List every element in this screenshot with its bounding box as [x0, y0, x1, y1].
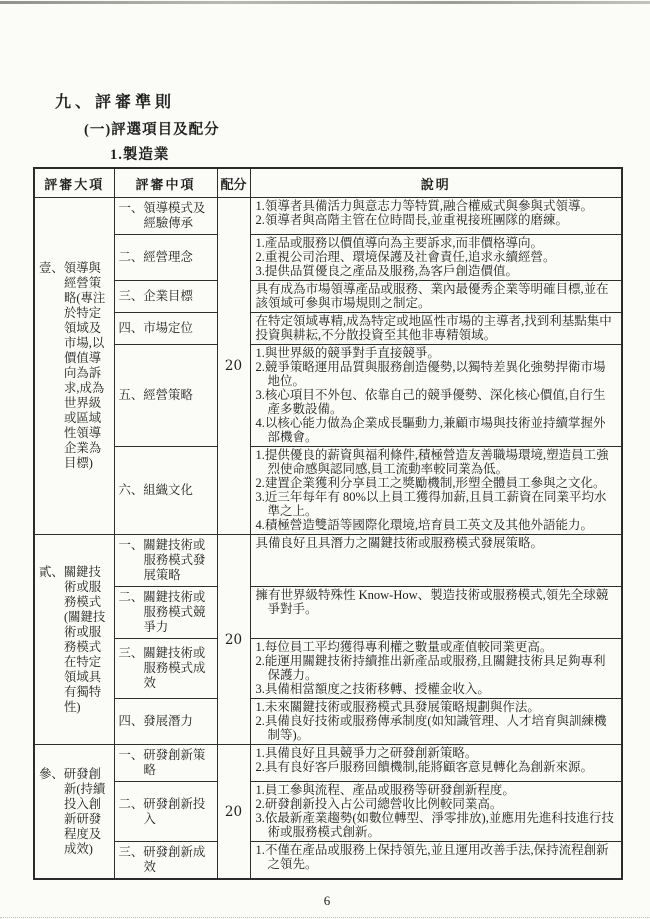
- description-line: 2.建置企業獲利分享員工之獎勵機制,形塑全體員工參與之文化。: [256, 476, 618, 490]
- table-row: 五、經營策略1.與世界級的競爭對手直接競爭。2.競爭策略運用品質與服務創造優勢,…: [34, 345, 622, 447]
- description-cell: 1.提供優良的薪資與福利條件,積極營造友善職場環境,塑造員工強烈使命感與認同感,…: [250, 447, 622, 535]
- description-line: 1.具備良好且具競爭力之研發創新策略。: [256, 746, 618, 760]
- mid-category-cell: 四、市場定位: [114, 313, 217, 345]
- score-cell: 20: [217, 745, 250, 880]
- mid-category-text: 一、領導模式及經驗傳承: [119, 201, 216, 231]
- description-line: 1.不僅在產品或服務上保持領先,並且運用改善手法,保持流程創新之領先。: [256, 843, 618, 871]
- description-line: 具備良好且具潛力之關鍵技術或服務模式發展策略。: [256, 536, 618, 550]
- column-header-major: 評審大項: [34, 168, 114, 198]
- table-row: 貳、關鍵技術或服務模式(關鍵技術或服務模式在特定領域具有獨特性)一、關鍵技術或服…: [34, 535, 622, 587]
- description-cell: 1.每位員工平均獲得專利權之數量或產值較同業更高。2.能運用關鍵技術持續推出新產…: [250, 639, 622, 699]
- description-cell: 1.具備良好且具競爭力之研發創新策略。2.具有良好客戶服務回饋機制,能將顧客意見…: [250, 745, 622, 782]
- description-cell: 具有成為市場領導產品或服務、業內最優秀企業等明確目標,並在該領域可參與市場規則之…: [250, 281, 622, 313]
- description-cell: 1.領導者具備活力與意志力等特質,融合權威式與參與式領導。2.領導者與高階主管在…: [250, 198, 622, 235]
- score-cell: 20: [217, 535, 250, 745]
- description-cell: 1.不僅在產品或服務上保持領先,並且運用改善手法,保持流程創新之領先。: [250, 842, 622, 880]
- major-category-text: 壹、領導與經營策略(專注於特定領域及市場,以價值導向為訴求,成為世界級或區域性領…: [39, 261, 113, 471]
- mid-category-text: 三、關鍵技術或服務模式成效: [119, 646, 216, 691]
- list-item-title: 1.製造業: [110, 147, 650, 163]
- mid-category-text: 三、研發創新成效: [119, 845, 216, 875]
- mid-category-cell: 一、研發創新策略: [114, 745, 217, 782]
- description-cell: 1.產品或服務以價值導向為主要訴求,而非價格導向。2.重視公司治理、環境保護及社…: [250, 235, 622, 281]
- mid-category-cell: 二、經營理念: [114, 235, 217, 281]
- column-header-description: 說明: [250, 168, 622, 198]
- table-row: 四、市場定位在特定領域專精,成為特定或地區性市場的主導者,找到利基點集中投資與耕…: [34, 313, 622, 345]
- table-row: 二、關鍵技術或服務模式競爭力擁有世界級特殊性 Know-How、製造技術或服務模…: [34, 587, 622, 639]
- table-row: 六、組織文化1.提供優良的薪資與福利條件,積極營造友善職場環境,塑造員工強烈使命…: [34, 447, 622, 535]
- description-cell: 1.與世界級的競爭對手直接競爭。2.競爭策略運用品質與服務創造優勢,以獨特差異化…: [250, 345, 622, 447]
- mid-category-cell: 三、企業目標: [114, 281, 217, 313]
- mid-category-text: 六、組織文化: [119, 483, 216, 498]
- description-line: 3.提供品質優良之產品及服務,為客戶創造價值。: [256, 264, 618, 278]
- table-row: 參、研發創新(持續投入創新研發程度及成效)一、研發創新策略201.具備良好且具競…: [34, 745, 622, 782]
- mid-category-cell: 二、研發創新投入: [114, 782, 217, 842]
- mid-category-text: 一、關鍵技術或服務模式發展策略: [119, 538, 216, 583]
- description-line: 1.領導者具備活力與意志力等特質,融合權威式與參與式領導。: [256, 199, 618, 213]
- description-line: 2.領導者與高階主管在位時間長,並重視接班團隊的磨練。: [256, 213, 618, 227]
- mid-category-text: 五、經營策略: [119, 388, 216, 403]
- description-line: 3.依最新產業趨勢(如數位轉型、淨零排放),並應用先進科技進行技術或服務模式創新…: [256, 811, 618, 839]
- mid-category-cell: 三、關鍵技術或服務模式成效: [114, 639, 217, 699]
- description-cell: 具備良好且具潛力之關鍵技術或服務模式發展策略。: [250, 535, 622, 587]
- mid-category-cell: 一、領導模式及經驗傳承: [114, 198, 217, 235]
- subsection-title: (一)評選項目及配分: [84, 121, 650, 139]
- description-line: 3.近三年每年有 80%以上員工獲得加薪,且員工薪資在同業平均水準之上。: [256, 490, 618, 518]
- description-line: 擁有世界級特殊性 Know-How、製造技術或服務模式,領先全球競爭對手。: [256, 588, 618, 616]
- description-line: 1.與世界級的競爭對手直接競爭。: [256, 346, 618, 360]
- description-line: 2.能運用關鍵技術持續推出新產品或服務,且關鍵技術具足夠專利保護力。: [256, 654, 618, 682]
- column-header-mid: 評審中項: [114, 168, 217, 198]
- document-page: 九、評審準則 (一)評選項目及配分 1.製造業 評審大項 評審中項 配分 說明 …: [0, 0, 650, 919]
- mid-category-text: 二、研發創新投入: [119, 797, 216, 827]
- description-cell: 1.員工參與流程、產品或服務等研發創新程度。2.研發創新投入占公司總營收比例較同…: [250, 782, 622, 842]
- column-header-score: 配分: [217, 168, 250, 198]
- description-line: 具有成為市場領導產品或服務、業內最優秀企業等明確目標,並在該領域可參與市場規則之…: [256, 282, 618, 310]
- table-row: 三、關鍵技術或服務模式成效1.每位員工平均獲得專利權之數量或產值較同業更高。2.…: [34, 639, 622, 699]
- description-cell: 擁有世界級特殊性 Know-How、製造技術或服務模式,領先全球競爭對手。: [250, 587, 622, 639]
- score-cell: 20: [217, 198, 250, 535]
- description-line: 1.員工參與流程、產品或服務等研發創新程度。: [256, 783, 618, 797]
- description-line: 2.具備良好技術或服務傳承制度(如知識管理、人才培育與訓練機制等)。: [256, 714, 618, 742]
- scan-artifact-bottom-line: [0, 917, 650, 918]
- mid-category-cell: 五、經營策略: [114, 345, 217, 447]
- mid-category-text: 二、經營理念: [119, 250, 216, 265]
- table-row: 四、發展潛力1.未來關鍵技術或服務模式具發展策略規劃與作法。2.具備良好技術或服…: [34, 699, 622, 745]
- mid-category-text: 三、企業目標: [119, 289, 216, 304]
- evaluation-criteria-table: 評審大項 評審中項 配分 說明 壹、領導與經營策略(專注於特定領域及市場,以價值…: [33, 167, 623, 880]
- table-row: 二、研發創新投入1.員工參與流程、產品或服務等研發創新程度。2.研發創新投入占公…: [34, 782, 622, 842]
- major-category-cell: 貳、關鍵技術或服務模式(關鍵技術或服務模式在特定領域具有獨特性): [34, 535, 114, 745]
- major-category-cell: 參、研發創新(持續投入創新研發程度及成效): [34, 745, 114, 880]
- description-line: 2.具有良好客戶服務回饋機制,能將顧客意見轉化為創新來源。: [256, 760, 618, 774]
- major-category-cell: 壹、領導與經營策略(專注於特定領域及市場,以價值導向為訴求,成為世界級或區域性領…: [34, 198, 114, 535]
- mid-category-text: 一、研發創新策略: [119, 748, 216, 778]
- scan-artifact-top-line: [0, 1, 650, 4]
- description-line: 4.積極營造雙語等國際化環境,培育員工英文及其他外語能力。: [256, 518, 618, 532]
- description-line: 2.研發創新投入占公司總營收比例較同業高。: [256, 797, 618, 811]
- section-title: 九、評審準則: [55, 94, 650, 112]
- description-line: 1.未來關鍵技術或服務模式具發展策略規劃與作法。: [256, 700, 618, 714]
- description-line: 1.產品或服務以價值導向為主要訴求,而非價格導向。: [256, 236, 618, 250]
- major-category-text: 參、研發創新(持續投入創新研發程度及成效): [39, 767, 113, 857]
- major-category-text: 貳、關鍵技術或服務模式(關鍵技術或服務模式在特定領域具有獨特性): [39, 565, 113, 715]
- table-row: 壹、領導與經營策略(專注於特定領域及市場,以價值導向為訴求,成為世界級或區域性領…: [34, 198, 622, 235]
- table-row: 三、研發創新成效1.不僅在產品或服務上保持領先,並且運用改善手法,保持流程創新之…: [34, 842, 622, 880]
- mid-category-text: 四、市場定位: [119, 321, 216, 336]
- mid-category-text: 四、發展潛力: [119, 714, 216, 729]
- mid-category-cell: 二、關鍵技術或服務模式競爭力: [114, 587, 217, 639]
- mid-category-cell: 一、關鍵技術或服務模式發展策略: [114, 535, 217, 587]
- mid-category-cell: 三、研發創新成效: [114, 842, 217, 880]
- mid-category-cell: 四、發展潛力: [114, 699, 217, 745]
- mid-category-cell: 六、組織文化: [114, 447, 217, 535]
- description-line: 3.具備相當額度之技術移轉、授權金收入。: [256, 682, 618, 696]
- description-line: 3.核心項目不外包、依靠自己的競爭優勢、深化核心價值,自行生產多數設備。: [256, 388, 618, 416]
- description-cell: 1.未來關鍵技術或服務模式具發展策略規劃與作法。2.具備良好技術或服務傳承制度(…: [250, 699, 622, 745]
- table-row: 二、經營理念1.產品或服務以價值導向為主要訴求,而非價格導向。2.重視公司治理、…: [34, 235, 622, 281]
- description-line: 在特定領域專精,成為特定或地區性市場的主導者,找到利基點集中投資與耕耘,不分散投…: [256, 314, 618, 342]
- description-line: 4.以核心能力做為企業成長驅動力,兼顧市場與技術並持續掌握外部機會。: [256, 416, 618, 444]
- table-row: 三、企業目標具有成為市場領導產品或服務、業內最優秀企業等明確目標,並在該領域可參…: [34, 281, 622, 313]
- mid-category-text: 二、關鍵技術或服務模式競爭力: [119, 590, 216, 635]
- description-line: 2.重視公司治理、環境保護及社會責任,追求永續經營。: [256, 250, 618, 264]
- table-header-row: 評審大項 評審中項 配分 說明: [34, 168, 622, 198]
- description-line: 2.競爭策略運用品質與服務創造優勢,以獨特差異化強勢捍衛市場地位。: [256, 360, 618, 388]
- description-line: 1.每位員工平均獲得專利權之數量或產值較同業更高。: [256, 640, 618, 654]
- page-number: 6: [33, 893, 621, 909]
- description-cell: 在特定領域專精,成為特定或地區性市場的主導者,找到利基點集中投資與耕耘,不分散投…: [250, 313, 622, 345]
- description-line: 1.提供優良的薪資與福利條件,積極營造友善職場環境,塑造員工強烈使命感與認同感,…: [256, 448, 618, 476]
